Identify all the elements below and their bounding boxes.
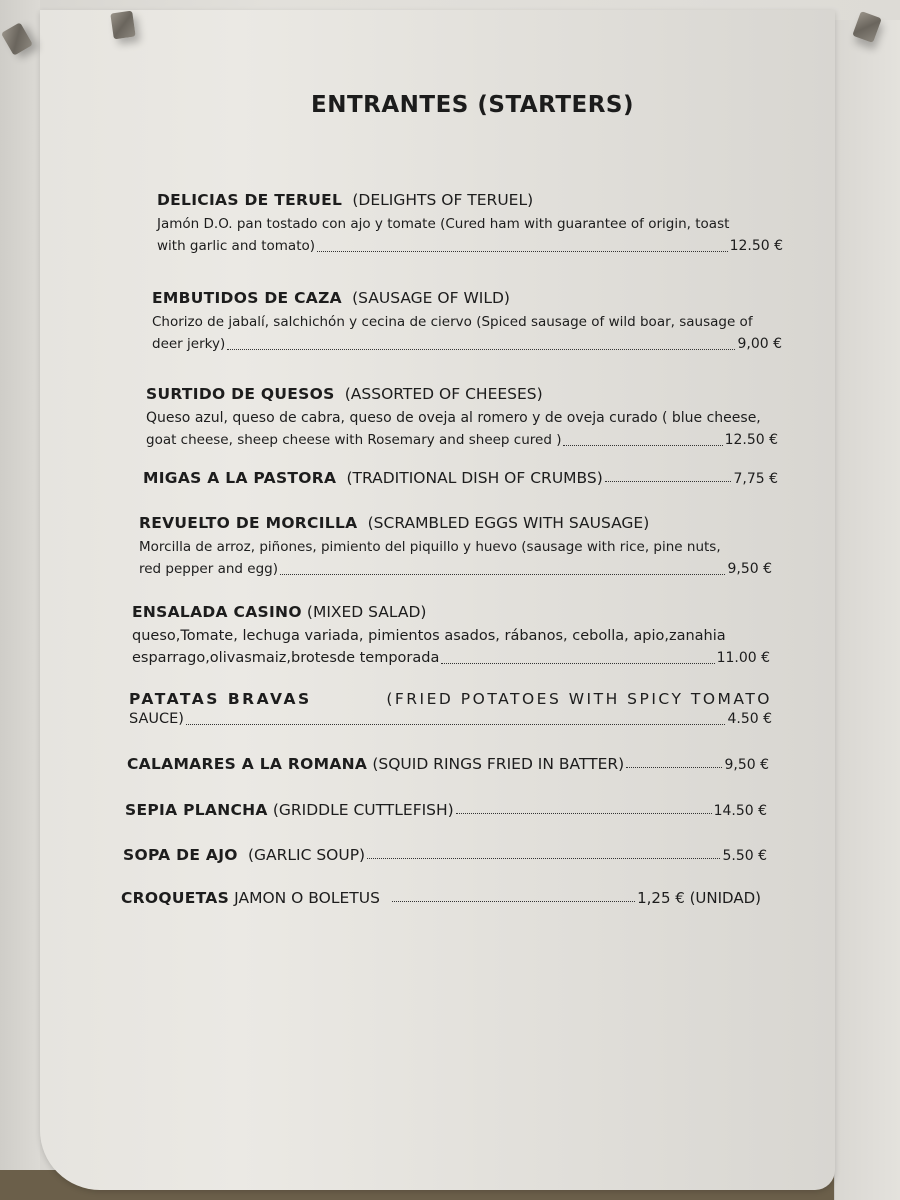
- item-name: SURTIDO DE QUESOS: [146, 385, 335, 403]
- item-description: Queso azul, queso de cabra, queso de ove…: [146, 407, 778, 429]
- leader-dots: [367, 858, 720, 859]
- item-description: Jamón D.O. pan tostado con ajo y tomate …: [157, 213, 783, 235]
- item-price: 14.50 €: [714, 803, 767, 819]
- item-name: DELICIAS DE TERUEL: [157, 191, 342, 209]
- item-price: 9,00 €: [737, 333, 782, 355]
- item-price: 9,50 €: [727, 558, 772, 580]
- item-translation: (DELIGHTS OF TERUEL): [352, 191, 533, 209]
- item-name: MIGAS A LA PASTORA: [143, 469, 336, 487]
- leader-dots: [392, 901, 635, 902]
- menu-item: CALAMARES A LA ROMANA (SQUID RINGS FRIED…: [127, 754, 769, 773]
- right-sheet-edge: [834, 20, 900, 1200]
- leader-dots: [605, 481, 732, 482]
- item-translation: (SCRAMBLED EGGS WITH SAUSAGE): [368, 514, 650, 532]
- item-translation: JAMON O BOLETUS: [234, 889, 380, 907]
- item-name: CALAMARES A LA ROMANA: [127, 755, 367, 773]
- item-translation: (GARLIC SOUP): [248, 846, 365, 864]
- item-description: goat cheese, sheep cheese with Rosemary …: [146, 429, 561, 451]
- item-price: 12.50 €: [725, 429, 778, 451]
- menu-item: MIGAS A LA PASTORA (TRADITIONAL DISH OF …: [143, 468, 778, 487]
- leader-dots: [563, 445, 722, 446]
- item-name: CROQUETAS: [121, 889, 229, 907]
- item-price: 12.50 €: [730, 235, 783, 257]
- item-name: REVUELTO DE MORCILLA: [139, 514, 357, 532]
- menu-item: SURTIDO DE QUESOS (ASSORTED OF CHEESES) …: [146, 384, 778, 451]
- item-price: 9,50 €: [724, 757, 769, 773]
- item-translation: (SAUSAGE OF WILD): [352, 289, 510, 307]
- menu-item: DELICIAS DE TERUEL (DELIGHTS OF TERUEL) …: [157, 190, 783, 257]
- item-translation: (GRIDDLE CUTTLEFISH): [273, 801, 454, 819]
- item-price: 7,75 €: [733, 471, 778, 487]
- leader-dots: [227, 349, 735, 350]
- item-name: SEPIA PLANCHA: [125, 801, 268, 819]
- item-price: 11.00 €: [717, 647, 770, 669]
- left-sheet-edge: [0, 0, 40, 1170]
- item-description: Morcilla de arroz, piñones, pimiento del…: [139, 536, 772, 558]
- item-description: deer jerky): [152, 333, 225, 355]
- item-translation: (FRIED POTATOES WITH SPICY TOMATO: [386, 690, 772, 708]
- item-price: 1,25 € (UNIDAD): [637, 889, 761, 907]
- item-name: ENSALADA CASINO: [132, 603, 302, 621]
- item-description: SAUCE): [129, 708, 184, 730]
- item-description: queso,Tomate, lechuga variada, pimientos…: [132, 625, 770, 647]
- menu-item: ENSALADA CASINO (MIXED SALAD) queso,Toma…: [132, 602, 770, 669]
- menu-item: REVUELTO DE MORCILLA (SCRAMBLED EGGS WIT…: [139, 513, 772, 580]
- item-translation: (TRADITIONAL DISH OF CRUMBS): [346, 469, 602, 487]
- menu-item: SEPIA PLANCHA (GRIDDLE CUTTLEFISH)14.50 …: [125, 800, 767, 819]
- menu-item: SOPA DE AJO (GARLIC SOUP)5.50 €: [123, 845, 767, 864]
- leader-dots: [186, 724, 726, 725]
- item-translation: (SQUID RINGS FRIED IN BATTER): [372, 755, 624, 773]
- leader-dots: [317, 251, 728, 252]
- leader-dots: [456, 813, 712, 814]
- item-translation: (MIXED SALAD): [307, 603, 427, 621]
- menu-item: PATATAS BRAVAS(FRIED POTATOES WITH SPICY…: [129, 690, 772, 730]
- menu-item: EMBUTIDOS DE CAZA (SAUSAGE OF WILD) Chor…: [152, 288, 782, 355]
- item-description: red pepper and egg): [139, 558, 278, 580]
- menu-page: [40, 10, 835, 1190]
- magnet-icon: [110, 11, 135, 40]
- leader-dots: [441, 663, 714, 664]
- item-price: 4.50 €: [727, 708, 772, 730]
- leader-dots: [280, 574, 725, 575]
- item-translation: (ASSORTED OF CHEESES): [345, 385, 543, 403]
- item-description: with garlic and tomato): [157, 235, 315, 257]
- item-description: esparrago,olivasmaiz,brotesde temporada: [132, 647, 439, 669]
- item-price: 5.50 €: [722, 848, 767, 864]
- item-name: SOPA DE AJO: [123, 846, 238, 864]
- menu-item: CROQUETAS JAMON O BOLETUS 1,25 € (UNIDAD…: [121, 888, 761, 907]
- item-name: PATATAS BRAVAS: [129, 690, 312, 708]
- item-description: Chorizo de jabalí, salchichón y cecina d…: [152, 311, 782, 333]
- leader-dots: [626, 767, 722, 768]
- item-name: EMBUTIDOS DE CAZA: [152, 289, 342, 307]
- menu-title: ENTRANTES (STARTERS): [0, 92, 900, 118]
